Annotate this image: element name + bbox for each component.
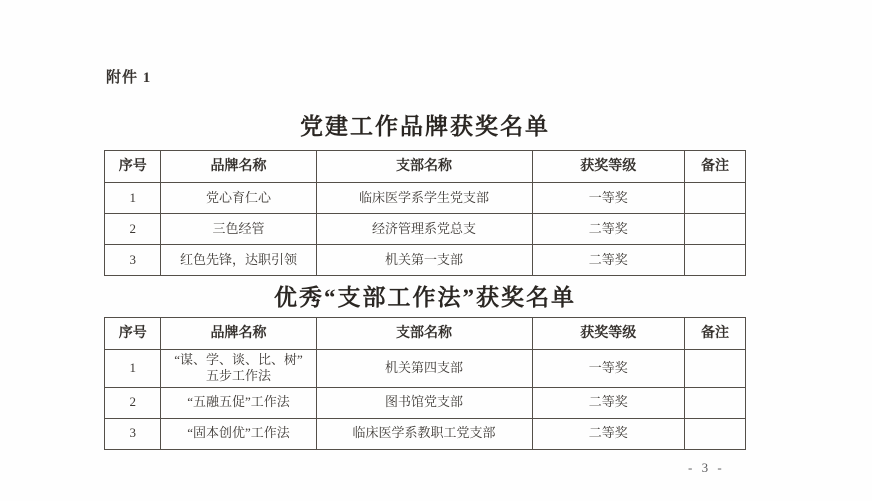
table-title-party-brand-awards: 党建工作品牌获奖名单 — [104, 108, 746, 141]
table-cell-award-level: 一等奖 — [532, 183, 685, 214]
table-cell-award-level: 二等奖 — [532, 214, 685, 245]
table-cell-remarks — [685, 387, 746, 418]
table-cell-serial: 1 — [105, 183, 161, 214]
table-row: 1 “谋、学、谈、比、树” 五步工作法 机关第四支部 一等奖 — [105, 350, 746, 388]
table-cell-remarks — [685, 350, 746, 388]
page-number: - 3 - — [688, 460, 725, 476]
table-cell-remarks — [685, 418, 746, 449]
table-cell-branch-name: 临床医学系教职工党支部 — [316, 418, 532, 449]
column-header-remarks: 备注 — [685, 318, 746, 350]
table-cell-brand-name: “五融五促”工作法 — [161, 387, 316, 418]
table-cell-serial: 2 — [105, 387, 161, 418]
table-row: 3 红色先锋，达职引领 机关第一支部 二等奖 — [105, 245, 746, 276]
table-cell-brand-name: 红色先锋，达职引领 — [161, 245, 316, 276]
column-header-brand-name: 品牌名称 — [161, 318, 316, 350]
table-cell-serial: 1 — [105, 350, 161, 388]
table-cell-award-level: 二等奖 — [532, 387, 685, 418]
table-header-row: 序号 品牌名称 支部名称 获奖等级 备注 — [105, 151, 746, 183]
column-header-brand-name: 品牌名称 — [161, 151, 316, 183]
table-cell-branch-name: 经济管理系党总支 — [316, 214, 532, 245]
table-cell-brand-name: “谋、学、谈、比、树” 五步工作法 — [161, 350, 316, 388]
table-cell-remarks — [685, 214, 746, 245]
branch-work-method-awards-table: 序号 品牌名称 支部名称 获奖等级 备注 1 “谋、学、谈、比、树” 五步工作法… — [104, 317, 746, 450]
table-cell-award-level: 一等奖 — [532, 350, 685, 388]
table-cell-serial: 3 — [105, 245, 161, 276]
table-cell-brand-name: 党心育仁心 — [161, 183, 316, 214]
table-cell-serial: 3 — [105, 418, 161, 449]
table-title-branch-work-method-awards: 优秀“支部工作法”获奖名单 — [104, 279, 746, 312]
table-header-row: 序号 品牌名称 支部名称 获奖等级 备注 — [105, 318, 746, 350]
scanned-document-page: 附件 1 党建工作品牌获奖名单 序号 品牌名称 支部名称 获奖等级 备注 1 党… — [0, 0, 872, 501]
table-cell-branch-name: 图书馆党支部 — [316, 387, 532, 418]
table-cell-brand-name: 三色经管 — [161, 214, 316, 245]
party-brand-awards-table: 序号 品牌名称 支部名称 获奖等级 备注 1 党心育仁心 临床医学系学生党支部 … — [104, 150, 746, 276]
table-cell-serial: 2 — [105, 214, 161, 245]
column-header-award-level: 获奖等级 — [532, 318, 685, 350]
table-cell-brand-name: “固本创优”工作法 — [161, 418, 316, 449]
table-row: 3 “固本创优”工作法 临床医学系教职工党支部 二等奖 — [105, 418, 746, 449]
table-cell-award-level: 二等奖 — [532, 245, 685, 276]
attachment-label: 附件 1 — [106, 66, 151, 87]
table-cell-branch-name: 机关第一支部 — [316, 245, 532, 276]
table-cell-remarks — [685, 183, 746, 214]
column-header-remarks: 备注 — [685, 151, 746, 183]
column-header-branch-name: 支部名称 — [316, 151, 532, 183]
table-row: 2 三色经管 经济管理系党总支 二等奖 — [105, 214, 746, 245]
table-cell-award-level: 二等奖 — [532, 418, 685, 449]
column-header-serial: 序号 — [105, 318, 161, 350]
table-cell-branch-name: 临床医学系学生党支部 — [316, 183, 532, 214]
column-header-branch-name: 支部名称 — [316, 318, 532, 350]
table-row: 1 党心育仁心 临床医学系学生党支部 一等奖 — [105, 183, 746, 214]
table-cell-remarks — [685, 245, 746, 276]
table-row: 2 “五融五促”工作法 图书馆党支部 二等奖 — [105, 387, 746, 418]
column-header-serial: 序号 — [105, 151, 161, 183]
column-header-award-level: 获奖等级 — [532, 151, 685, 183]
table-cell-branch-name: 机关第四支部 — [316, 350, 532, 388]
